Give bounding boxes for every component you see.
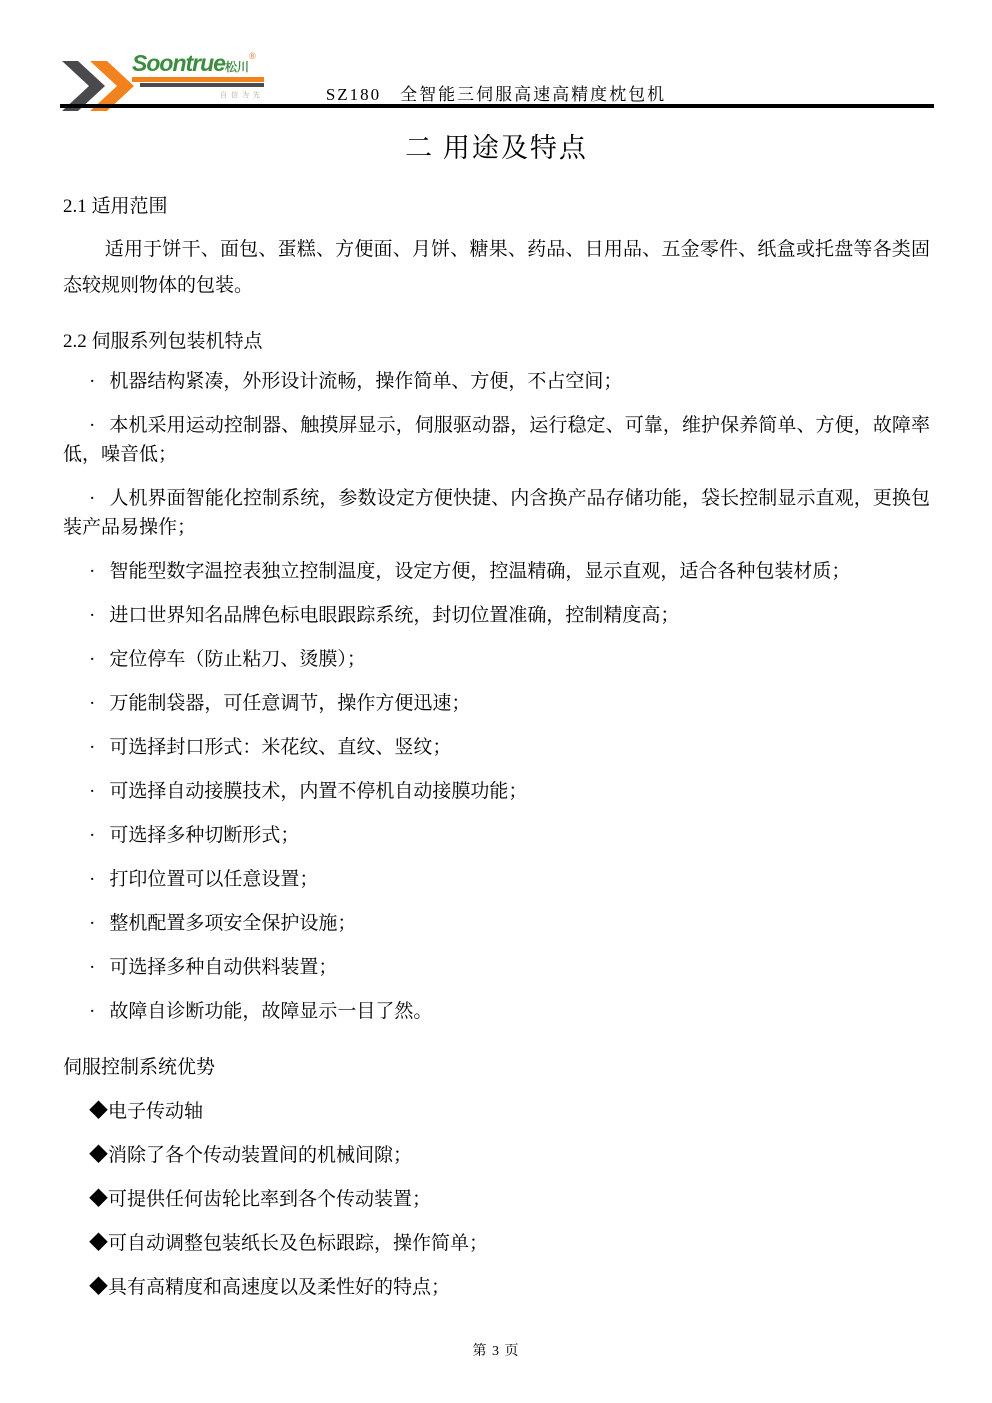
feature-item: ·可选择多种切断形式； <box>63 821 930 850</box>
diamond-bullet: ◆ <box>89 1145 108 1166</box>
bullet-dot: · <box>89 649 95 670</box>
feature-item: ·故障自诊断功能，故障显示一目了然。 <box>63 997 930 1026</box>
feature-text: 故障自诊断功能，故障显示一目了然。 <box>109 1001 432 1022</box>
feature-text: 万能制袋器，可任意调节，操作方便迅速； <box>109 693 470 714</box>
bullet-dot: · <box>89 825 95 846</box>
logo-wordmark-cn: 松川 <box>225 60 249 74</box>
page-number: 第 3 页 <box>0 1340 992 1360</box>
logo-wordmark: Soontrue <box>132 50 225 76</box>
feature-item: ·可选择多种自动供料装置； <box>63 953 930 982</box>
diamond-bullet: ◆ <box>89 1101 108 1122</box>
bullet-dot: · <box>89 693 95 714</box>
feature-text: 可选择多种自动供料装置； <box>109 957 337 978</box>
servo-text: 具有高精度和高速度以及柔性好的特点； <box>108 1277 450 1298</box>
feature-text: 智能型数字温控表独立控制温度，设定方便，控温精确，显示直观，适合各种包装材质； <box>109 561 850 582</box>
feature-item: ·打印位置可以任意设置； <box>63 865 930 894</box>
diamond-bullet: ◆ <box>89 1277 108 1298</box>
servo-text: 电子传动轴 <box>108 1101 203 1122</box>
servo-text: 可自动调整包装纸长及色标跟踪，操作简单； <box>108 1233 488 1254</box>
document-page: Soontrue松川® 自信为先 SZ180 全智能三伺服高速高精度枕包机 二 … <box>0 0 992 1403</box>
servo-item: ◆消除了各个传动装置间的机械间隙； <box>63 1141 930 1170</box>
diamond-bullet: ◆ <box>89 1233 108 1254</box>
feature-item: ·本机采用运动控制器、触摸屏显示，伺服驱动器，运行稳定、可靠，维护保养简单、方便… <box>63 411 930 469</box>
feature-item: ·人机界面智能化控制系统，参数设定方便快捷、内含换产品存储功能，袋长控制显示直观… <box>63 484 930 542</box>
bullet-dot: · <box>89 869 95 890</box>
bullet-dot: · <box>89 371 95 392</box>
page-title: 二 用途及特点 <box>63 126 930 165</box>
feature-item: ·万能制袋器，可任意调节，操作方便迅速； <box>63 689 930 718</box>
servo-item: ◆具有高精度和高速度以及柔性好的特点； <box>63 1273 930 1302</box>
servo-text: 消除了各个传动装置间的机械间隙； <box>108 1145 412 1166</box>
bullet-dot: · <box>89 957 95 978</box>
bullet-dot: · <box>89 781 95 802</box>
servo-item: ◆电子传动轴 <box>63 1097 930 1126</box>
feature-text: 机器结构紧凑，外形设计流畅，操作简单、方便，不占空间； <box>109 371 622 392</box>
logo-registered-mark: ® <box>249 51 256 61</box>
bullet-dot: · <box>89 415 95 436</box>
servo-item: ◆可提供任何齿轮比率到各个传动装置； <box>63 1185 930 1214</box>
feature-item: ·定位停车（防止粘刀、烫膜）； <box>63 645 930 674</box>
section-heading-servo: 伺服控制系统优势 <box>63 1052 930 1079</box>
feature-text: 可选择封口形式：米花纹、直纹、竖纹； <box>109 737 451 758</box>
section-heading-scope: 2.1 适用范围 <box>63 191 930 218</box>
bullet-dot: · <box>89 605 95 626</box>
feature-text: 进口世界知名品牌色标电眼跟踪系统，封切位置准确，控制精度高； <box>109 605 679 626</box>
feature-item: ·可选择封口形式：米花纹、直纹、竖纹； <box>63 733 930 762</box>
header-rule <box>60 104 934 108</box>
bullet-dot: · <box>89 737 95 758</box>
feature-text: 可选择多种切断形式； <box>109 825 299 846</box>
header-doc-title: SZ180 全智能三伺服高速高精度枕包机 <box>0 80 992 105</box>
servo-item: ◆可自动调整包装纸长及色标跟踪，操作简单； <box>63 1229 930 1258</box>
bullet-dot: · <box>89 488 95 509</box>
feature-text: 整机配置多项安全保护设施； <box>109 913 356 934</box>
feature-item: ·进口世界知名品牌色标电眼跟踪系统，封切位置准确，控制精度高； <box>63 601 930 630</box>
feature-text: 打印位置可以任意设置； <box>109 869 318 890</box>
feature-item: ·整机配置多项安全保护设施； <box>63 909 930 938</box>
scope-paragraph: 适用于饼干、面包、蛋糕、方便面、月饼、糖果、药品、日用品、五金零件、纸盒或托盘等… <box>63 232 930 304</box>
document-content: 二 用途及特点 2.1 适用范围 适用于饼干、面包、蛋糕、方便面、月饼、糖果、药… <box>63 122 930 1317</box>
feature-text: 人机界面智能化控制系统，参数设定方便快捷、内含换产品存储功能，袋长控制显示直观，… <box>63 488 930 538</box>
feature-item: ·可选择自动接膜技术，内置不停机自动接膜功能； <box>63 777 930 806</box>
bullet-dot: · <box>89 913 95 934</box>
feature-text: 定位停车（防止粘刀、烫膜）； <box>109 649 366 670</box>
feature-item: ·机器结构紧凑，外形设计流畅，操作简单、方便，不占空间； <box>63 367 930 396</box>
diamond-bullet: ◆ <box>89 1189 108 1210</box>
section-heading-features: 2.2 伺服系列包装机特点 <box>63 326 930 353</box>
logo-wordmark-row: Soontrue松川® <box>132 52 264 75</box>
bullet-dot: · <box>89 1001 95 1022</box>
servo-text: 可提供任何齿轮比率到各个传动装置； <box>108 1189 431 1210</box>
feature-item: ·智能型数字温控表独立控制温度，设定方便，控温精确，显示直观，适合各种包装材质； <box>63 557 930 586</box>
feature-text: 可选择自动接膜技术，内置不停机自动接膜功能； <box>109 781 527 802</box>
feature-text: 本机采用运动控制器、触摸屏显示，伺服驱动器，运行稳定、可靠，维护保养简单、方便，… <box>63 415 930 465</box>
bullet-dot: · <box>89 561 95 582</box>
